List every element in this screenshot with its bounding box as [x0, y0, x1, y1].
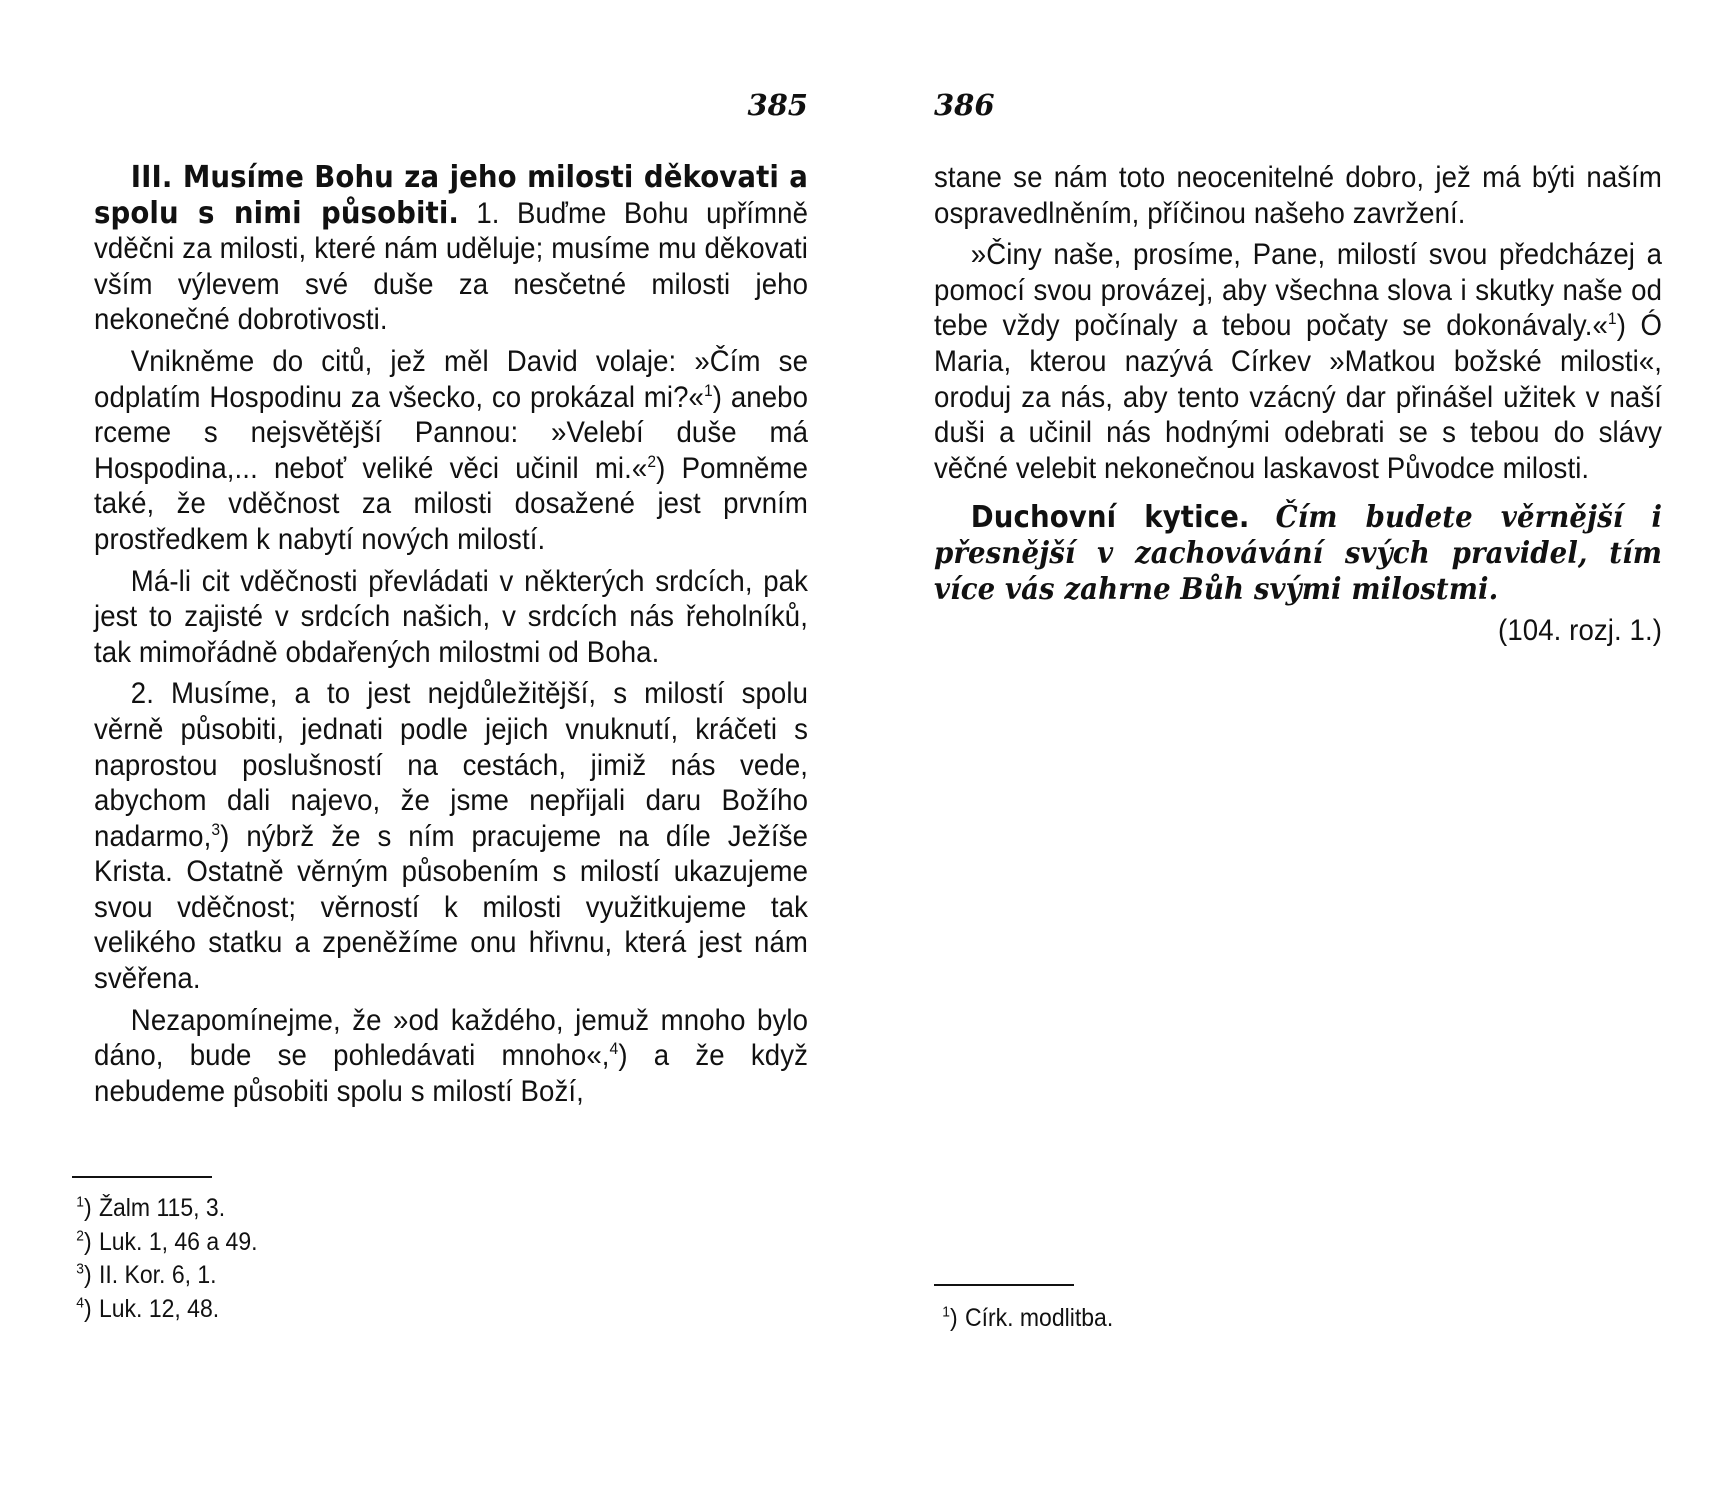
paragraph: »Činy naše, prosíme, Pane, milostí svou … — [934, 237, 1662, 486]
footnote-ref: 1 — [704, 381, 713, 400]
left-page: 385 III. Musíme Bohu za jeho milosti děk… — [94, 0, 808, 1500]
page-number: 386 — [934, 88, 995, 122]
footnote: 1)Žalm 115, 3. — [64, 1192, 258, 1226]
left-page-body: III. Musíme Bohu za jeho milosti děkovat… — [94, 160, 808, 1115]
footnote-divider — [72, 1176, 212, 1178]
footnote-ref: 3 — [211, 820, 220, 839]
footnote: 1)Círk. modlitba. — [930, 1302, 1113, 1336]
paragraph: stane se nám toto neocenitelné dobro, je… — [934, 160, 1662, 231]
right-page-body: stane se nám toto neocenitelné dobro, je… — [934, 160, 1662, 655]
footnote: 4)Luk. 12, 48. — [64, 1293, 258, 1327]
paragraph: Nezapomínejme, že »od každého, jemuž mno… — [94, 1003, 808, 1110]
paragraph: 2. Musíme, a to jest nejdůležitější, s m… — [94, 676, 808, 996]
footnote: 3)II. Kor. 6, 1. — [64, 1259, 258, 1293]
bouquet-label: Duchovní kytice. — [971, 500, 1250, 535]
paragraph: III. Musíme Bohu za jeho milosti děkovat… — [94, 160, 808, 338]
footnote-ref: 4 — [610, 1039, 619, 1058]
right-page: 386 stane se nám toto neocenitelné dobro… — [934, 0, 1662, 1500]
footnote-ref: 1 — [1608, 309, 1617, 328]
footnote-ref: 2 — [647, 452, 656, 471]
paragraph: Má-li cit vděčnosti převládati v některý… — [94, 564, 808, 671]
footnotes: 1)Círk. modlitba. — [930, 1302, 1113, 1336]
footnote: 2)Luk. 1, 46 a 49. — [64, 1226, 258, 1260]
page-number: 385 — [747, 88, 808, 122]
spiritual-bouquet: Duchovní kytice. Čím budete věrnější i p… — [934, 500, 1662, 607]
footnote-divider — [934, 1284, 1074, 1286]
paragraph: Vnikněme do citů, jež měl David volaje: … — [94, 344, 808, 558]
bouquet-reference: (104. rozj. 1.) — [934, 613, 1662, 649]
footnotes: 1)Žalm 115, 3. 2)Luk. 1, 46 a 49. 3)II. … — [64, 1192, 258, 1326]
